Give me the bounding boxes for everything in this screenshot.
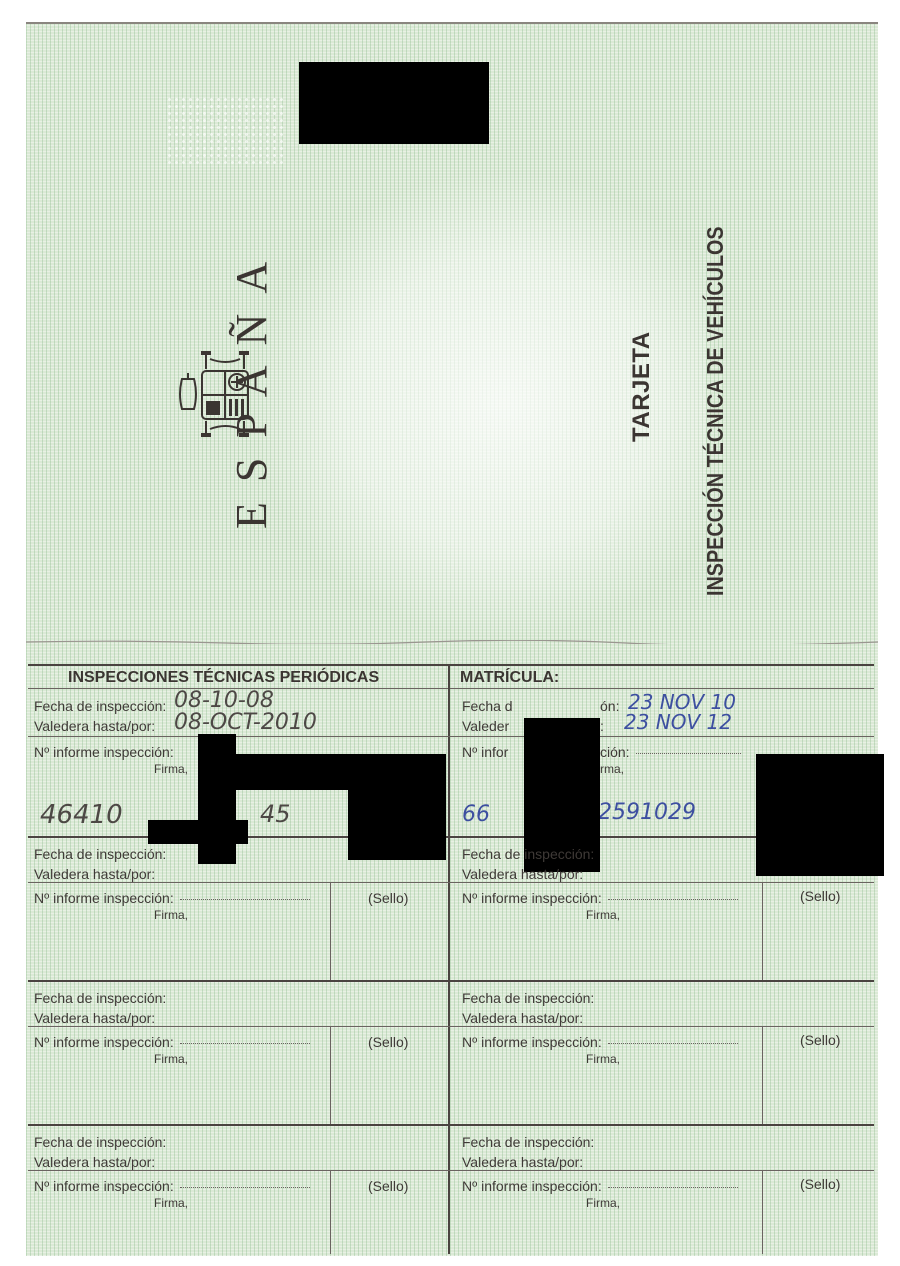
valedera-value: 08-OCT-2010 bbox=[174, 710, 317, 735]
valedera-label: Valedera hasta/por: bbox=[34, 1154, 155, 1170]
redaction-box bbox=[756, 754, 884, 876]
fecha-label: Fecha de inspección: bbox=[462, 990, 594, 1006]
inspection-card: ESPAÑA TARJETA INSPECCIÓN TÉCNICA DE VEH… bbox=[26, 22, 878, 1256]
plate-header: MATRÍCULA: bbox=[460, 669, 559, 687]
firma-label: Firma, bbox=[586, 1052, 620, 1066]
fecha-label: Fecha de inspección: bbox=[462, 846, 594, 862]
sello-label: (Sello) bbox=[800, 1032, 840, 1048]
fecha-label-partial-a: Fecha d bbox=[462, 698, 513, 714]
redaction-box bbox=[148, 820, 248, 844]
informe-label-partial-b: ción: bbox=[600, 744, 741, 760]
periodic-inspections-header: INSPECCIONES TÉCNICAS PERIÓDICAS bbox=[68, 669, 379, 687]
card-title: TARJETA bbox=[628, 331, 656, 442]
redaction-box bbox=[299, 62, 489, 144]
informe-suffix: 45 bbox=[260, 800, 291, 828]
informe-label: Nº informe inspección: bbox=[34, 744, 174, 760]
fecha-label: Fecha de inspección: bbox=[34, 698, 166, 714]
firma-label: Firma, bbox=[154, 1196, 188, 1210]
informe-label: Nº informe inspección: bbox=[34, 1034, 310, 1050]
valedera-label: Valedera hasta/por: bbox=[34, 718, 155, 734]
country-name: ESPAÑA bbox=[226, 242, 277, 529]
informe-prefix: 66 bbox=[462, 802, 490, 827]
informe-label-partial-a: Nº infor bbox=[462, 744, 508, 760]
firma-label: Firma, bbox=[154, 1052, 188, 1066]
sello-label: (Sello) bbox=[800, 888, 840, 904]
sello-label: (Sello) bbox=[368, 890, 408, 906]
sello-label: (Sello) bbox=[368, 1178, 408, 1194]
inspection-table: INSPECCIONES TÉCNICAS PERIÓDICAS MATRÍCU… bbox=[28, 664, 876, 1254]
valedera-label-partial-a: Valeder bbox=[462, 718, 509, 734]
valedera-value: 23 NOV 12 bbox=[624, 710, 732, 734]
fecha-label: Fecha de inspección: bbox=[462, 1134, 594, 1150]
informe-value: 46410 bbox=[40, 800, 123, 830]
valedera-label: Valedera hasta/por: bbox=[34, 1010, 155, 1026]
valedera-label: Valedera hasta/por: bbox=[462, 1154, 583, 1170]
informe-label: Nº informe inspección: bbox=[34, 1178, 310, 1194]
fecha-label-partial-b: ón: bbox=[600, 698, 619, 714]
perforation-marks bbox=[166, 96, 286, 166]
informe-label: Nº informe inspección: bbox=[462, 1034, 738, 1050]
fecha-label: Fecha de inspección: bbox=[34, 1134, 166, 1150]
fold-crease bbox=[26, 640, 878, 644]
informe-value: 2591029 bbox=[598, 800, 696, 825]
fecha-label: Fecha de inspección: bbox=[34, 990, 166, 1006]
card-subtitle: INSPECCIÓN TÉCNICA DE VEHÍCULOS bbox=[702, 226, 729, 596]
firma-label: Firma, bbox=[154, 762, 188, 776]
firma-label: Firma, bbox=[586, 908, 620, 922]
sello-label: (Sello) bbox=[800, 1176, 840, 1192]
firma-label: Firma, bbox=[154, 908, 188, 922]
firma-label-partial: rma, bbox=[600, 762, 624, 776]
informe-label: Nº informe inspección: bbox=[34, 890, 310, 906]
fecha-label: Fecha de inspección: bbox=[34, 846, 166, 862]
valedera-label: Valedera hasta/por: bbox=[462, 1010, 583, 1026]
valedera-label: Valedera hasta/por: bbox=[462, 866, 583, 882]
redaction-box bbox=[348, 754, 446, 860]
informe-label: Nº informe inspección: bbox=[462, 1178, 738, 1194]
valedera-label-partial-b: : bbox=[600, 718, 604, 734]
informe-label: Nº informe inspección: bbox=[462, 890, 738, 906]
firma-label: Firma, bbox=[586, 1196, 620, 1210]
sello-label: (Sello) bbox=[368, 1034, 408, 1050]
valedera-label: Valedera hasta/por: bbox=[34, 866, 155, 882]
